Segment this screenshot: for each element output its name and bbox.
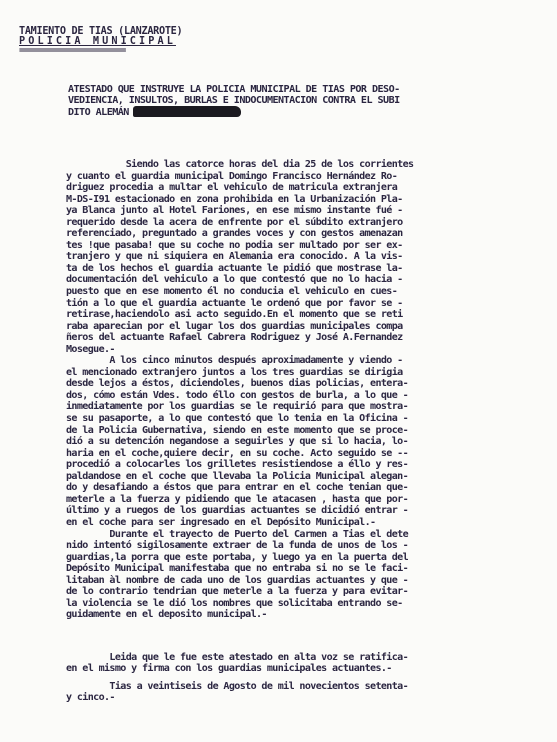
- paragraph-line: Mosegue.-: [66, 344, 536, 356]
- paragraph-line: Siendo las catorce horas del dia 25 de l…: [66, 159, 536, 171]
- ratification-line-2: en el mismo y firma con los guardias mun…: [66, 664, 536, 675]
- police-report-page: TAMIENTO DE TIAS (LANZAROTE) POLICIA MUN…: [0, 0, 557, 742]
- paragraph-line: de lo contrario tendrian que meterle a l…: [66, 586, 536, 598]
- paragraph-line: Durante el trayecto de Puerto del Carmen…: [66, 529, 536, 541]
- paragraph-line: ta de los hechos el guardia actuante le …: [66, 263, 536, 275]
- paragraph-line: tión a lo que el guardia actuante le ord…: [66, 298, 536, 310]
- title-line-3: DITO ALEMÁN: [68, 106, 528, 118]
- paragraph-line: dos, cómo están Vdes. todo éllo con gest…: [66, 390, 536, 402]
- paragraph-line: el mencionado extranjero juntos a los tr…: [66, 367, 536, 379]
- paragraph-line: nido intentó sigilosamente extraer de la…: [66, 540, 536, 552]
- paragraph-line: retirase,haciendolo asi acto seguido.En …: [66, 309, 536, 321]
- paragraph-line: do y desafiando a éstos que para entrar …: [66, 482, 536, 494]
- title-line-2: VEDIENCIA, INSULTOS, BURLAS E INDOCUMENT…: [68, 95, 528, 106]
- paragraph-line: la violencia se le dió los nombres que s…: [66, 598, 536, 610]
- paragraph-line: y cuanto el guardia municipal Domingo Fr…: [66, 171, 536, 183]
- report-title: ATESTADO QUE INSTRUYE LA POLICIA MUNICIP…: [68, 84, 528, 118]
- date-line-1: Tias a veintiseis de Agosto de mil novec…: [66, 682, 536, 693]
- paragraph-line: último y a ruegos de los guardias actuan…: [66, 505, 536, 517]
- paragraph-line: dió a su detención negandose a seguirles…: [66, 436, 536, 448]
- paragraph-line: en el coche para ser ingresado en el Dep…: [66, 517, 536, 529]
- title-line-1: ATESTADO QUE INSTRUYE LA POLICIA MUNICIP…: [68, 84, 528, 95]
- paragraph-line: driguez procedia a multar el vehiculo de…: [66, 182, 536, 194]
- paragraph-line: tes !que pasaba! que su coche no podia s…: [66, 240, 536, 252]
- paragraph-line: inmediatamente por los guardias se le re…: [66, 401, 536, 413]
- paragraph-line: tranjero y que ni siquiera en Alemania e…: [66, 251, 536, 263]
- paragraph-line: litaban àl nombre de cada uno de los gua…: [66, 575, 536, 587]
- paragraph-line: requerido desde la acera de enfrente por…: [66, 217, 536, 229]
- paragraph-line: ya Blanca junto al Hotel Fariones, en es…: [66, 205, 536, 217]
- letterhead: TAMIENTO DE TIAS (LANZAROTE) POLICIA MUN…: [19, 27, 182, 55]
- report-body: Siendo las catorce horas del dia 25 de l…: [66, 159, 536, 621]
- paragraph-line: procedió a colocarles los grilletes resi…: [66, 459, 536, 471]
- paragraph-line: Depósito Municipal manifestaba que no en…: [66, 563, 536, 575]
- paragraph-line: documentación del vehiculo a lo que cont…: [66, 274, 536, 286]
- letterhead-rule: ===========================: [19, 47, 182, 55]
- paragraph-line: puesto que en ese momento él no conducia…: [66, 286, 536, 298]
- paragraph-line: se su pasaporte, a lo que contestó que l…: [66, 413, 536, 425]
- paragraph: Siendo las catorce horas del dia 25 de l…: [66, 159, 536, 355]
- paragraph: A los cinco minutos después aproximadame…: [66, 355, 536, 528]
- report-closing: Leida que le fue este atestado en alta v…: [66, 653, 536, 703]
- paragraph-line: referenciado, preguntado a grandes voces…: [66, 228, 536, 240]
- title-line-3-text: DITO ALEMÁN: [68, 107, 129, 118]
- paragraph-line: guidamente en el deposito municipal.-: [66, 609, 536, 621]
- paragraph-line: desde lejos a éstos, diciendoles, buenos…: [66, 378, 536, 390]
- date-line-2: y cinco.-: [66, 693, 536, 704]
- redaction-bar: [133, 106, 241, 117]
- paragraph-line: M-DS-I91 estacionado en zona prohibida e…: [66, 194, 536, 206]
- ratification-line-1: Leida que le fue este atestado en alta v…: [66, 653, 536, 664]
- paragraph-line: ñeros del actuante Rafael Cabrera Rodrig…: [66, 332, 536, 344]
- paragraph-line: paldandose en el coche que llevaba la Po…: [66, 471, 536, 483]
- paragraph-line: haria en el coche,quiere decir, en su co…: [66, 448, 536, 460]
- paragraph-line: raba aparecian por el lugar los dos guar…: [66, 321, 536, 333]
- paragraph-line: de la Policia Gubernativa, siendo en est…: [66, 425, 536, 437]
- paragraph-line: meterle a la fuerza y pidiendo que le at…: [66, 494, 536, 506]
- paragraph: Durante el trayecto de Puerto del Carmen…: [66, 529, 536, 621]
- paragraph-line: A los cinco minutos después aproximadame…: [66, 355, 536, 367]
- paragraph-line: guardias,la porra que este portaba, y lu…: [66, 552, 536, 564]
